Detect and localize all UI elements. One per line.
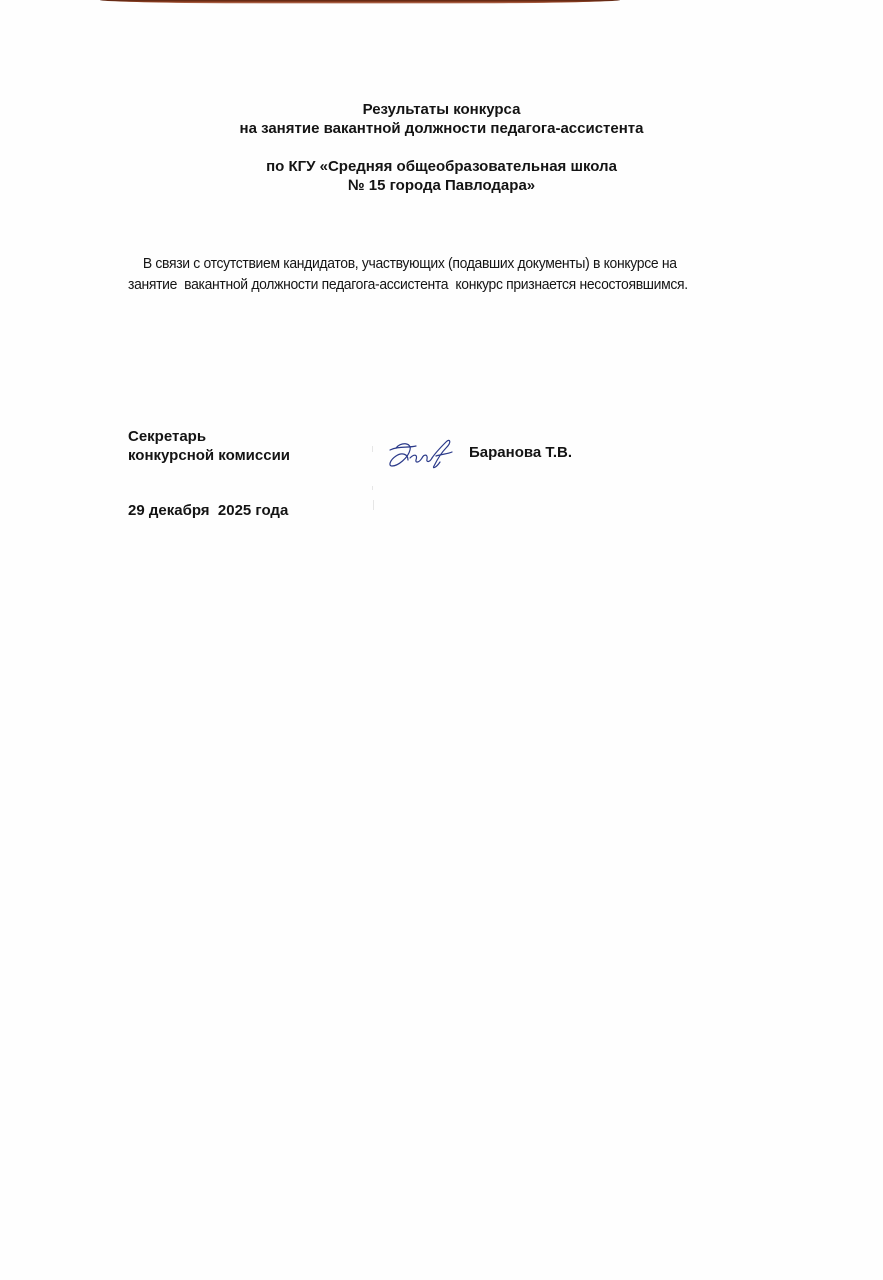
signatory-role: Секретарь конкурсной комиссии [128,427,290,465]
org-line-1: по КГУ «Средняя общеобразовательная школ… [0,157,883,176]
title-line-1: Результаты конкурса [0,100,883,119]
org-line-2: № 15 города Павлодара» [0,176,883,195]
body-line-2: занятие вакантной должности педагога-асс… [128,274,816,295]
scan-artifact [372,486,373,490]
scan-artifact [372,446,373,452]
document-date: 29 декабря 2025 года [128,501,288,520]
scan-artifact [373,500,374,510]
title-line-2: на занятие вакантной должности педагога-… [0,119,883,138]
signatory-name: Баранова Т.В. [469,443,572,462]
body-paragraph: В связи с отсутствием кандидатов, участв… [128,253,816,295]
document-page: Результаты конкурса на занятие вакантной… [0,0,883,1280]
handwritten-signature-icon [386,436,458,472]
role-line-1: Секретарь [128,427,290,446]
document-title: Результаты конкурса на занятие вакантной… [0,100,883,138]
role-line-2: конкурсной комиссии [128,446,290,465]
organization-heading: по КГУ «Средняя общеобразовательная школ… [0,157,883,195]
body-line-1: В связи с отсутствием кандидатов, участв… [128,253,816,274]
table-edge-background [100,0,620,4]
